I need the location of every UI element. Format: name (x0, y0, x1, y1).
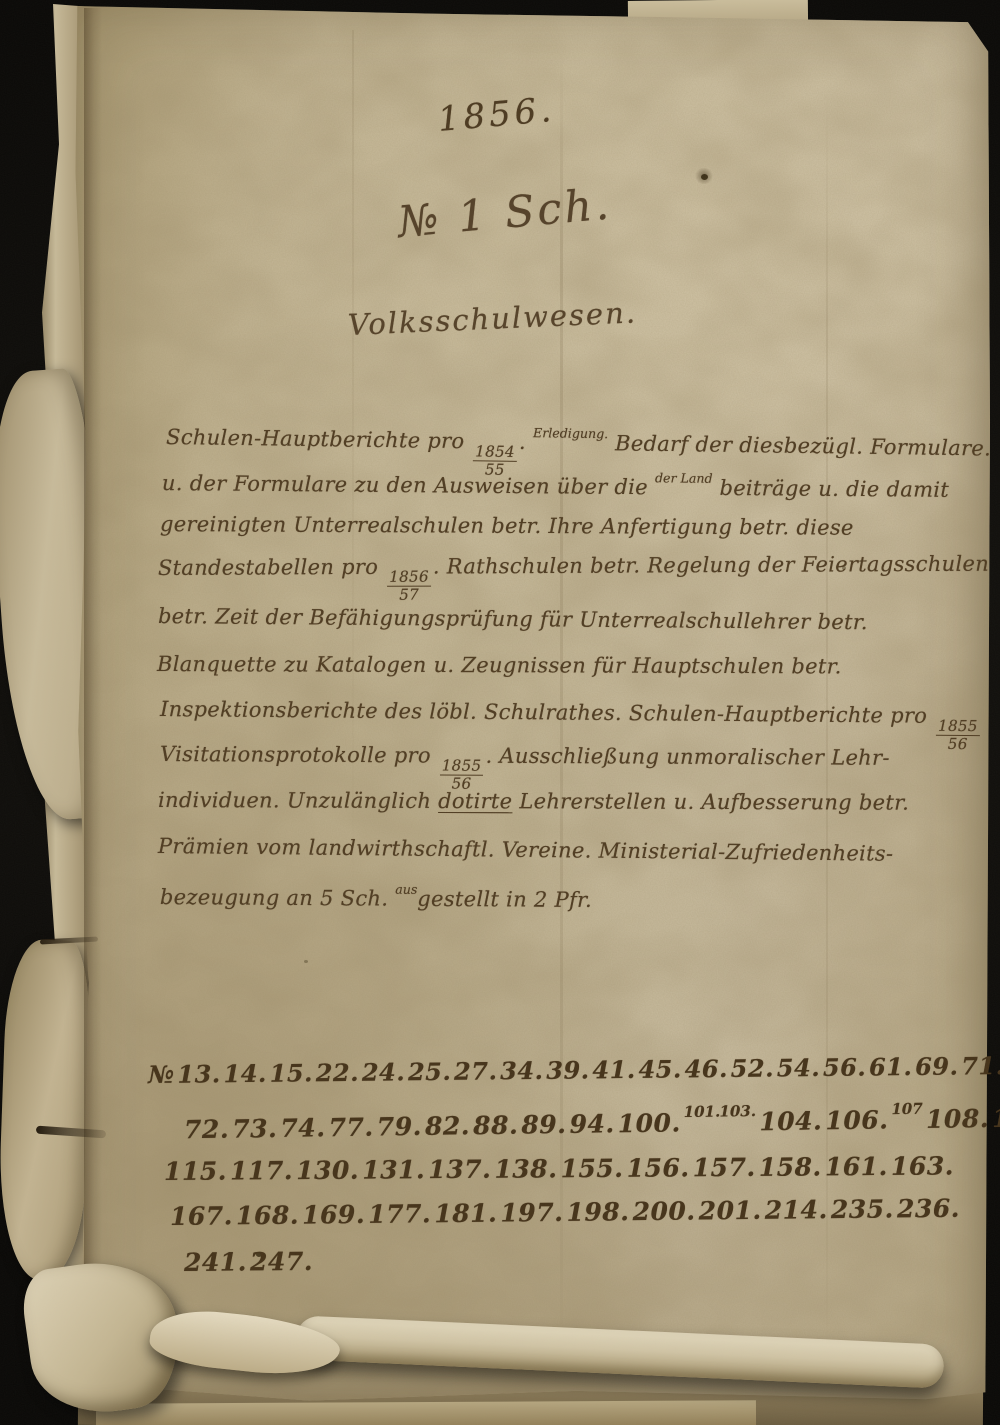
photo-background: 1856. № 1 Sch. Volksschulwesen. Schulen-… (0, 0, 1000, 1425)
underlying-sheet-bottom-edge-light (96, 1400, 756, 1425)
binding-groove-shadow (84, 8, 102, 1404)
manuscript-page (70, 4, 990, 1402)
ink-blot (256, 1252, 262, 1257)
vertical-crease (352, 30, 354, 930)
paper-speck (304, 960, 308, 963)
vertical-crease (826, 90, 828, 1350)
vertical-crease (560, 50, 563, 1360)
paper-mottling-texture (70, 4, 990, 1402)
paper-speck (842, 566, 846, 570)
ink-blot (701, 174, 708, 180)
